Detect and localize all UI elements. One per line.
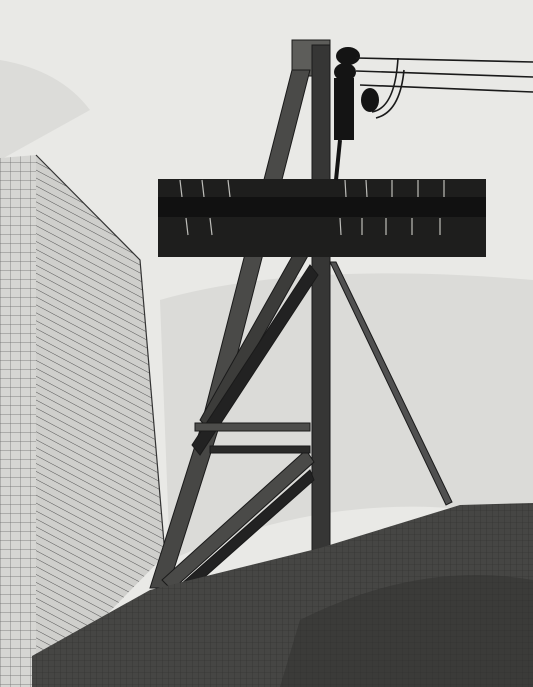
etching-artwork [0, 0, 533, 687]
crossbar-sign [158, 179, 486, 257]
